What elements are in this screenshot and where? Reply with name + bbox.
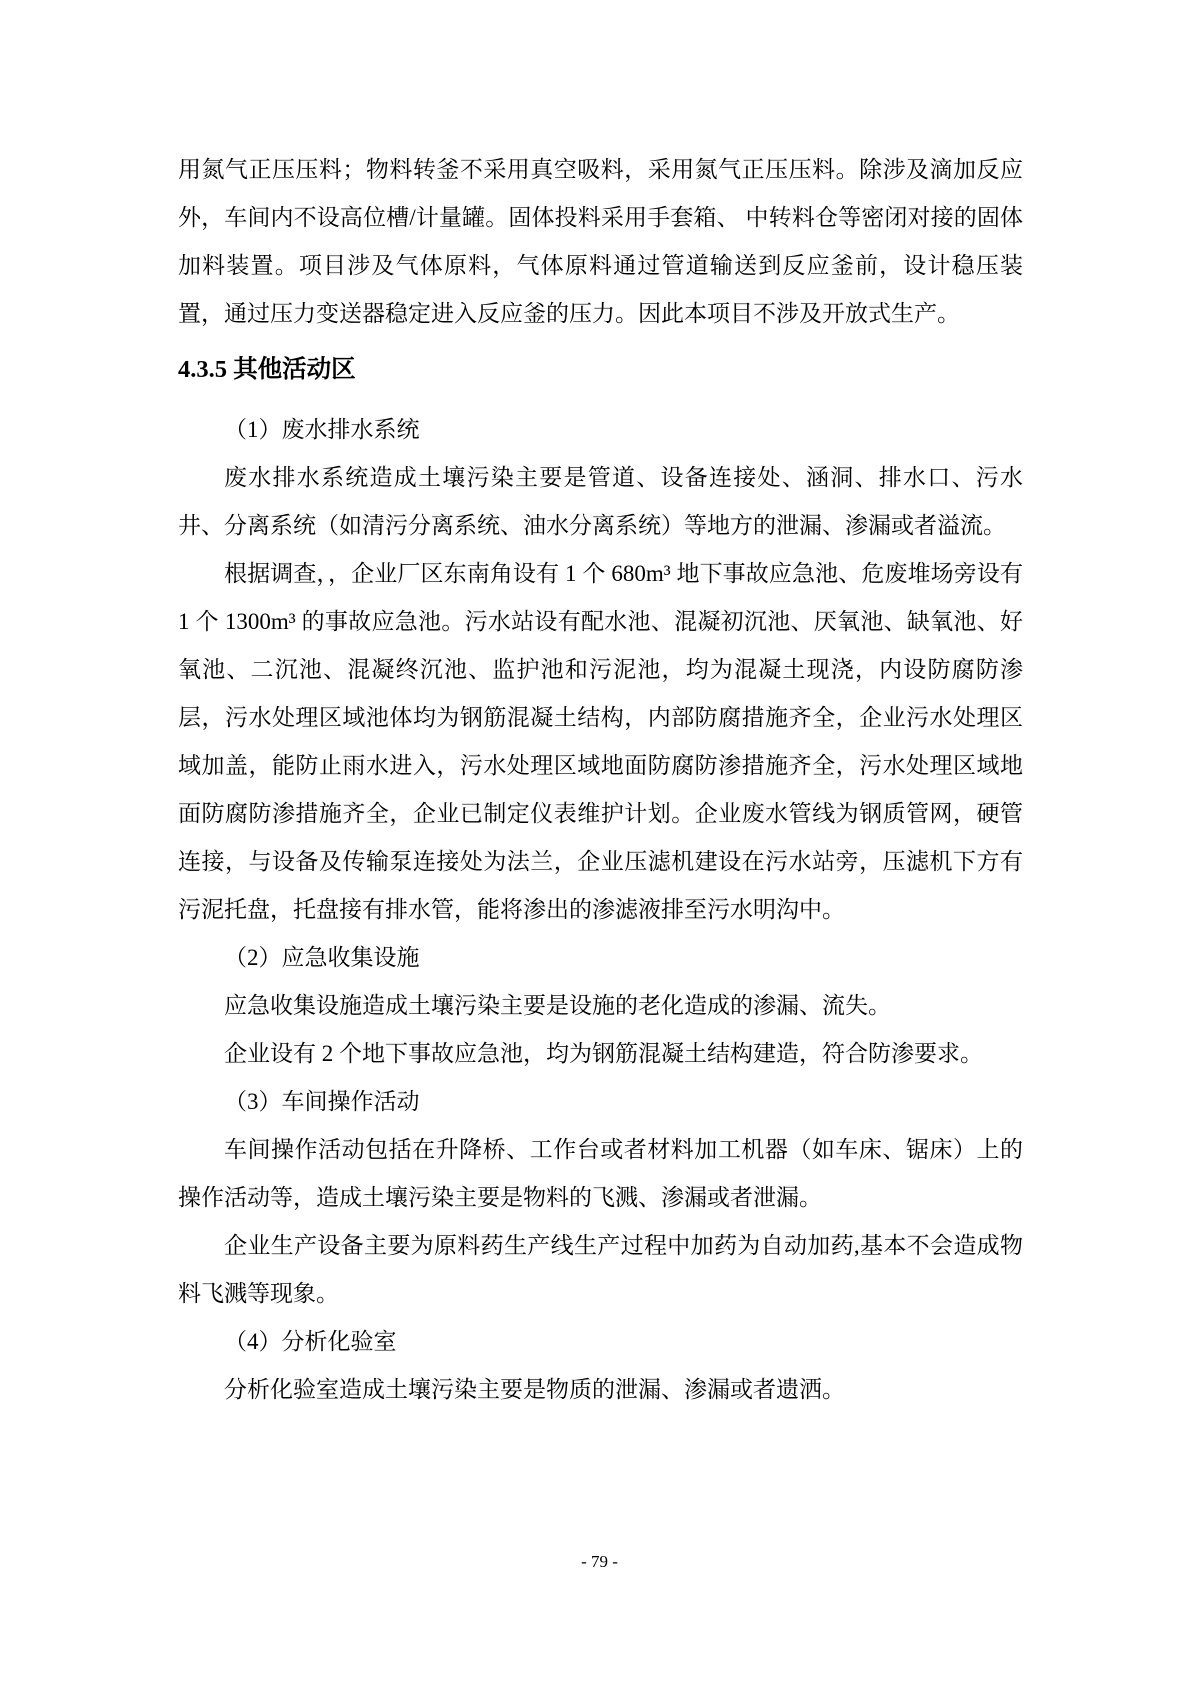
paragraph: 根据调查，，企业厂区东南角设有 1 个 680m³ 地下事故应急池、危废堆场旁设… (178, 550, 1023, 934)
paragraph: 应急收集设施造成土壤污染主要是设施的老化造成的渗漏、流失。 (178, 982, 1023, 1030)
paragraph: 企业设有 2 个地下事故应急池，均为钢筋混凝土结构建造，符合防渗要求。 (178, 1030, 1023, 1078)
paragraph: 车间操作活动包括在升降桥、工作台或者材料加工机器（如车床、锯床）上的操作活动等，… (178, 1126, 1023, 1222)
paragraph: 废水排水系统造成土壤污染主要是管道、设备连接处、涵洞、排水口、污水井、分离系统（… (178, 454, 1023, 550)
paragraph-continued: 用氮气正压压料；物料转釜不采用真空吸料，采用氮气正压压料。除涉及滴加反应外，车间… (178, 146, 1023, 338)
list-item-heading-1: （1）废水排水系统 (178, 406, 1023, 454)
document-page: 用氮气正压压料；物料转釜不采用真空吸料，采用氮气正压压料。除涉及滴加反应外，车间… (0, 0, 1199, 1696)
list-item-heading-4: （4）分析化验室 (178, 1318, 1023, 1366)
list-item-heading-2: （2）应急收集设施 (178, 934, 1023, 982)
paragraph: 企业生产设备主要为原料药生产线生产过程中加药为自动加药,基本不会造成物料飞溅等现… (178, 1222, 1023, 1318)
page-number: - 79 - (0, 1550, 1199, 1574)
page-body: 用氮气正压压料；物料转釜不采用真空吸料，采用氮气正压压料。除涉及滴加反应外，车间… (178, 146, 1023, 1414)
section-heading: 4.3.5 其他活动区 (178, 346, 1023, 394)
list-item-heading-3: （3）车间操作活动 (178, 1078, 1023, 1126)
paragraph: 分析化验室造成土壤污染主要是物质的泄漏、渗漏或者遗洒。 (178, 1366, 1023, 1414)
